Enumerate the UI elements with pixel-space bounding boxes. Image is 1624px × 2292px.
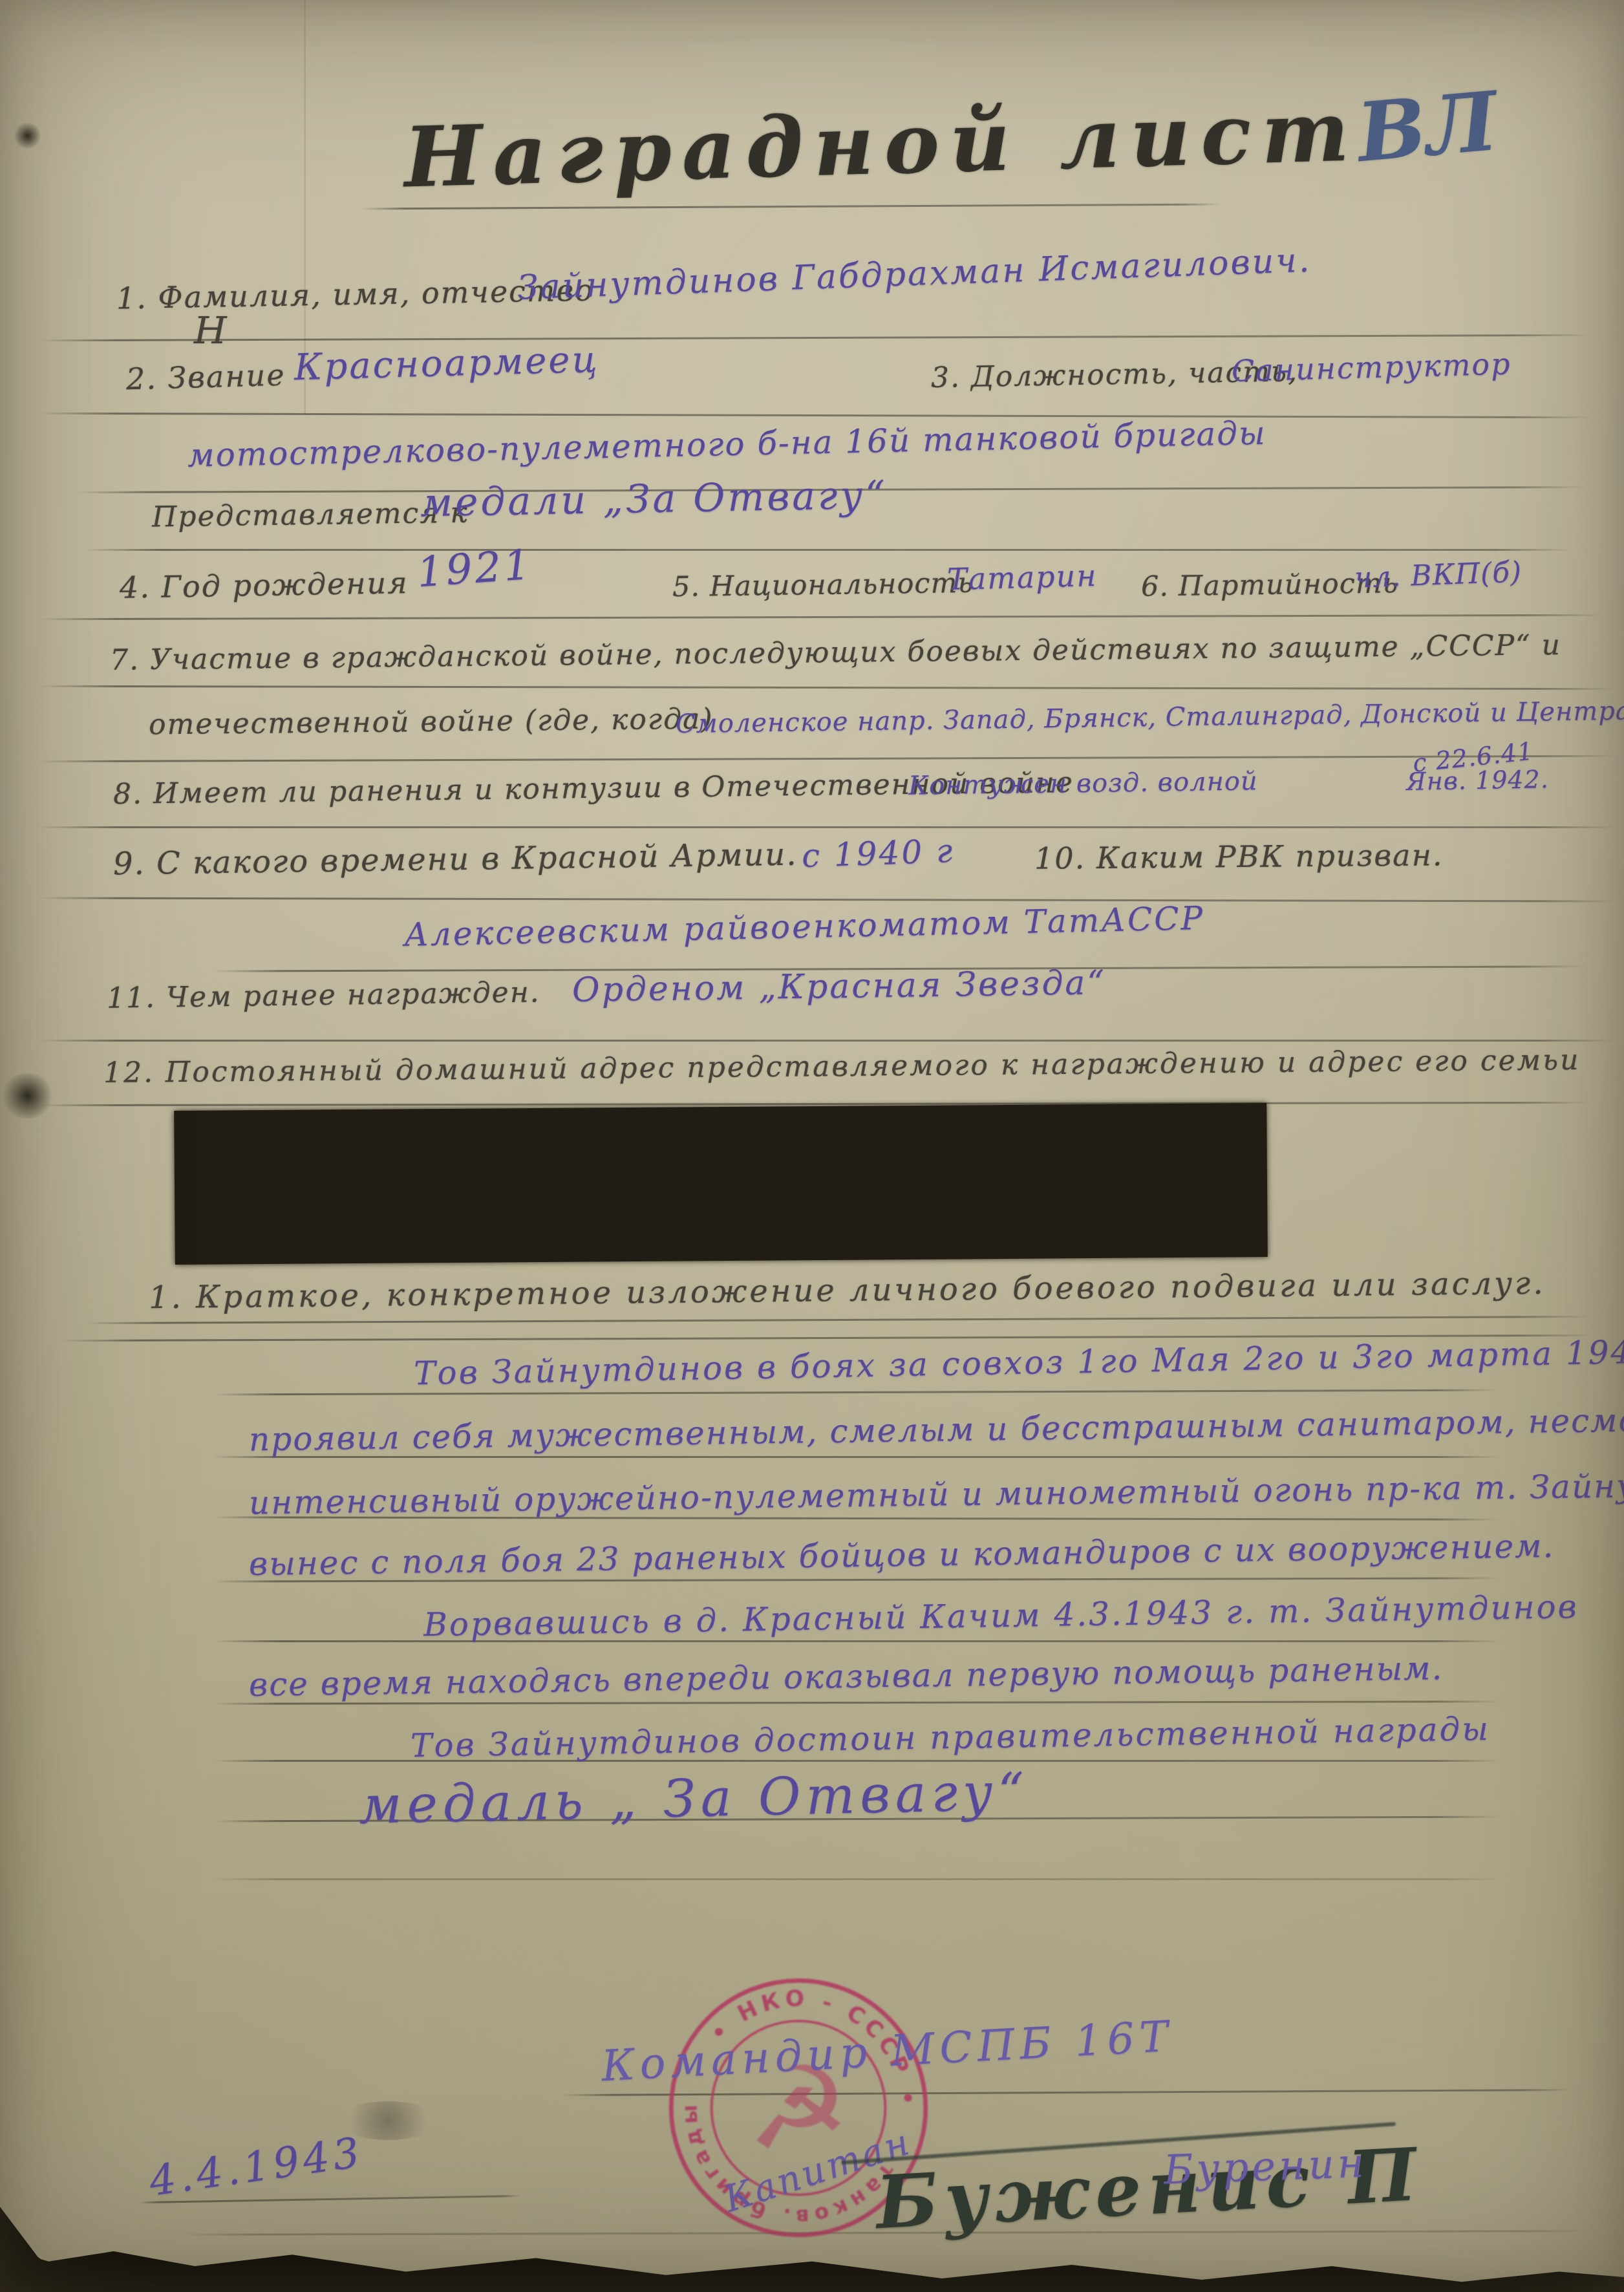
rule-line (213, 1389, 1500, 1396)
rule-line (84, 1316, 1590, 1324)
rule-line (39, 334, 1590, 341)
field-7-label-line1: 7. Участие в гражданской войне, последую… (110, 631, 1561, 675)
rule-line (39, 897, 1616, 902)
body-line-5: Ворвавшись в д. Красный Качим 4.3.1943 г… (423, 1590, 1579, 1641)
body-line-6: все время находясь впереди оказывал перв… (249, 1652, 1444, 1701)
redaction-box (174, 1103, 1268, 1265)
field-4-value: 1921 (416, 544, 534, 594)
rule-line (213, 1760, 1500, 1762)
present-value: медали „За Отвагу“ (420, 476, 888, 523)
award-sheet-document: ВЛ Наградной лист 1. Фамилия, имя, отчес… (0, 0, 1624, 2292)
rule-line (39, 826, 1616, 828)
rule-line (84, 549, 1571, 551)
field-5-value: Татарин (946, 561, 1098, 594)
field-5-label: 5. Национальность (672, 570, 974, 601)
document-date: 4.4.1943 (147, 2132, 366, 2203)
body-line-8: медаль „ За Отвагу“ (358, 1766, 1030, 1832)
rule-line (39, 755, 1616, 763)
field-9-value: с 1940 г (801, 835, 955, 872)
field-10-label: 10. Каким РВК призван. (1034, 840, 1444, 873)
field-2-value: Красноармеец (294, 342, 599, 386)
rule-line (213, 1878, 1500, 1880)
corner-mark: ВЛ (1354, 81, 1501, 174)
body-line-4: вынес с поля боя 23 раненых бойцов и ком… (249, 1530, 1555, 1580)
field-11-label: 11. Чем ранее награжден. (107, 978, 540, 1012)
field-8-value-date: Янв. 1942. (1406, 767, 1549, 794)
section-heading: 1. Краткое, конкретное изложение личного… (149, 1268, 1546, 1314)
field-1-value: Зайнутдинов Габдрахман Исмагилович. (517, 244, 1312, 305)
body-line-7: Тов Зайнутдинов достоин правительственно… (411, 1713, 1491, 1762)
field-9-label: 9. С какого времени в Красной Армии. (113, 839, 798, 880)
field-11-value: Орденом „Красная Звезда“ (572, 966, 1107, 1007)
signature-secondary: Буренин (1163, 2143, 1367, 2190)
field-3-value: Санинструктор (1231, 348, 1512, 385)
body-line-1: Тов Зайнутдинов в боях за совхоз 1го Мая… (414, 1335, 1624, 1389)
field-8-value: Контужен возд. волной (908, 768, 1258, 799)
field-10-value: Алексеевским райвоенкоматом ТатАССР (404, 902, 1205, 951)
field-12-label: 12. Постоянный домашний адрес представля… (103, 1046, 1581, 1087)
pencil-correction-mark: Н (194, 312, 227, 349)
rule-line (39, 685, 1616, 690)
ink-blot (0, 1073, 55, 1119)
field-4-label: 4. Год рождения (120, 568, 409, 603)
body-line-2: проявил себя мужественным, смелым и бесс… (249, 1402, 1624, 1456)
field-3-unit-value: мотострелково-пулеметного б-на 16й танко… (187, 417, 1266, 472)
field-6-value: чл. ВКП(б) (1354, 558, 1522, 592)
field-2-label: 2. Звание (125, 360, 286, 394)
field-7-label-line2: отечественной войне (где, когда) (149, 705, 714, 739)
rule-line (39, 412, 1590, 418)
page-title: Наградной лист (403, 90, 1361, 199)
rule-line (39, 1040, 1616, 1042)
rule-line (213, 1640, 1500, 1642)
field-7-value: Смоленское напр. Запад, Брянск, Сталингр… (676, 696, 1624, 737)
rule-line (213, 1456, 1500, 1458)
body-line-3: интенсивный оружейно-пулеметный и миноме… (249, 1468, 1624, 1519)
rule-line (39, 614, 1603, 620)
rule-line (362, 204, 1222, 210)
ink-blot (13, 123, 42, 149)
